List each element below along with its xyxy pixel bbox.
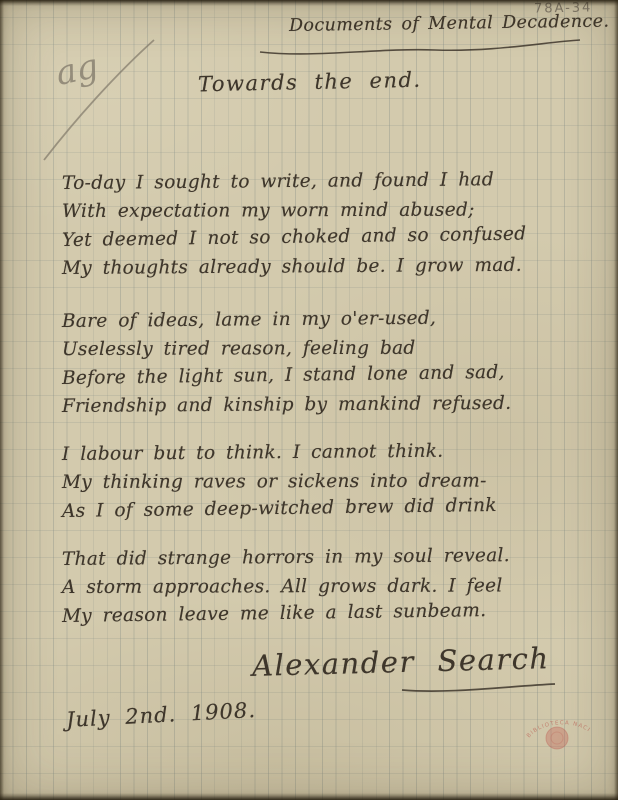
stanza-1: To-day I sought to write, and found I ha… xyxy=(62,170,582,284)
scan-edge-top xyxy=(0,0,618,6)
poem-line: My thoughts already should be. I grow ma… xyxy=(62,252,582,284)
poem-line: Bare of ideas, lame in my o'er-used, xyxy=(62,303,582,336)
pencil-corner-annotation: ag xyxy=(52,46,101,94)
stanza-2: Bare of ideas, lame in my o'er-used, Use… xyxy=(62,308,582,422)
scan-edge-bottom xyxy=(0,793,618,800)
poem-line: Friendship and kinship by mankind refuse… xyxy=(62,390,582,422)
poem-title: Towards the end. xyxy=(198,68,422,97)
poem-line: I labour but to think. I cannot think. xyxy=(62,436,582,469)
poem-line: To-day I sought to write, and found I ha… xyxy=(62,165,582,198)
stanza-3: I labour but to think. I cannot think. M… xyxy=(62,441,582,526)
pencil-diagonal-stroke xyxy=(0,0,200,180)
library-stamp: BIBLIOTECA NACIONAL xyxy=(523,712,593,764)
scan-edge-right xyxy=(614,0,618,800)
date: July 2nd. 1908. xyxy=(66,698,257,732)
signature-flourish xyxy=(400,680,560,696)
manuscript-page: 78A-34 ag Documents of Mental Decadence.… xyxy=(0,0,618,800)
stanza-4: That did strange horrors in my soul reve… xyxy=(62,546,582,631)
scan-edge-left xyxy=(0,0,4,800)
signature: Alexander Search xyxy=(252,641,550,683)
collection-header: Documents of Mental Decadence. xyxy=(289,12,575,36)
poem-line: That did strange horrors in my soul reve… xyxy=(62,541,582,574)
